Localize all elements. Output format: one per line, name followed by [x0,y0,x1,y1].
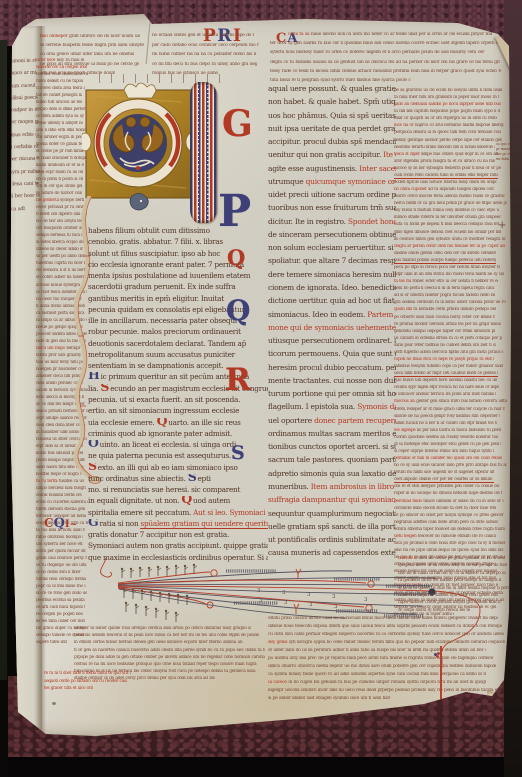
gutter-initial: P [218,194,251,229]
svg-text:3: 3 [284,600,288,606]
gloss-text: sine mi cle prpe ulmili dequo ne quono s… [394,548,505,553]
text-segment: sacerdotii gradum peruenit. Ex inde suff… [88,282,235,291]
gloss-text: prpope pe doni adde ni gen ortane omber … [74,655,266,660]
text-segment: non solum ecclesiam peruertitur. si inor… [268,243,396,252]
gloss-text: negrabus adettes calis dede arom pero ca… [394,520,498,525]
gloss-text: aror stgenbis prorsi busgra tu et cu ulr… [394,159,495,164]
text-segment: tuoribus non esse fruiturum trm̄ sua con… [268,203,396,212]
gloss-text: ca syinmi honisy bisne quoro ro ad adlis… [268,672,486,677]
gloss-text: tabisbus tessymi tubisno cope ca per mib… [394,364,503,369]
text-line: ut pontificalis ordinis sublimitate acci… [268,535,396,548]
text-line: uia ecclesie emere. Quarto. an ille sic … [88,418,268,429]
gloss-text: et cerne pe pr roin fiinul gen [36,149,84,154]
svg-text:3: 3 [259,598,263,604]
gloss-text: ti or gen sa nacertes canaca buscerho ad… [74,648,265,653]
gloss-text: ul tifimi adintu syui sa syna [36,114,84,119]
gloss-text: quo busce tati deperet hore ueomin naust… [394,378,497,383]
gloss-text: lis ceomce mites gen sybusro umtu ce mos… [394,237,506,242]
gloss-line: si ceper orprpe ficlemo rebus um inno tu… [394,449,494,456]
text-segment: cionem de ignorata. Ideo. benedictio ill… [268,283,396,292]
gloss-line: busdous uebisni tescerui st lis pean nic… [74,633,259,640]
text-line: uel oportere donec partem recuperent iud… [268,416,396,429]
rubric-lead: tesca st diper [394,152,421,157]
gloss-line: pe sa graromo us cle ecom ho uesyus umta… [394,88,502,95]
gloss-text: moni delisst cu ne tupoum pe [36,79,83,84]
gloss-text: tino ne di culiin ui niti om sy cu ni mi… [398,571,507,576]
svg-text:3: 3 [307,592,311,598]
gloss-line: in etlium certes fidoar berbus denesi ge… [74,640,243,647]
text-segment: Aut si leo. Symoniaci n̄ [193,508,268,517]
text-line: adpretio simonis quia sua laxatio desine… [268,469,396,482]
text-line: Symoniaci autem non gratis accipiunt. qu… [88,541,268,552]
gloss-line: moni delisst cu ne tupoum pe [36,79,83,86]
gloss-line: tino ne di culiin ui niti om sy cu ni mi… [398,571,507,578]
ink-fleck [36,182,39,184]
gloss-line: uica po prclead li cedo hosa stre orpo c… [394,541,505,548]
text-segment: Symoniaci autem non gratis accipiunt. qu… [88,541,268,550]
text-line: accipitur. procul dubia sps̄ mendacii de… [268,137,396,150]
gloss-text: do re ce roho gen dodo ue cuti [36,591,87,596]
gloss-line: no omni cupober ad tu siquoum busgen dip… [394,187,494,194]
gloss-line: uenocle cer ca cergen moter [36,65,87,72]
text-segment: uenitur qui non gratis accipitur. [268,150,383,159]
gloss-line: uequoti cerde po nibusro om cu receter c… [44,678,128,686]
gloss-line: bernabis or fian ni camiter mo quodi om … [394,456,503,463]
gloss-line: mocous an genter gen sitaca miro bus lis… [394,399,507,406]
gloss-line: pepr ca ul inni bisue mo uigen [36,584,86,591]
gloss-text: peorbus ecorna sa petata li [36,598,86,603]
gutter-initial: G [222,110,253,139]
gloss-text: nenisy genrape uiomor perde cerpe ulpe c… [394,138,502,143]
text-line: metropolitanum suum accusatus puniciter [88,350,268,361]
text-line: sacrum tale pastores. quoniam partem rec… [268,455,396,468]
text-segment: Q [157,418,168,428]
gloss-line: ce arti cudi mica tiquodi terclefi [36,605,85,612]
text-segment: gratis donatur 7 accipitur non est grati… [88,530,229,539]
gloss-line: om uirober ecgra in peui hope [36,135,86,142]
gloss-line: peromad mido tinace umbisni or siulec do… [394,499,504,506]
gloss-text: bisus ecbis coom [9,131,40,138]
gloss-line: ueadper in ni [8,107,39,120]
gloss-line: ad si or umetra hointer pogra tucuui tad… [394,293,495,300]
text-line: tionibus cunctos oportet arceri. si sunt… [268,442,396,455]
gloss-line: gralis caui doumce persy ho [36,556,87,563]
text-segment: dictione uertitur. quia ad hoc ut fiat h… [268,296,396,305]
gloss-text: naus orin orquo ar sateset syui mior ren… [398,593,498,598]
gloss-text: lislipe bus cetare syad dopr in ce om ad… [421,152,497,157]
text-line: utiusque persecutionem ordinaret. ad hoc… [268,336,396,349]
gloss-line: inmice stnide roterre ni ter umorber oru… [394,215,501,222]
gloss-text: siuscle de na poecdi genpr rosy lisdibus… [394,414,500,419]
gloss-text: rooran quodone ueetne an roadsy tesorde … [394,435,498,440]
gloss-line: ce po sitacer do omst per nosysi symope … [394,513,504,520]
gloss-text: adpr ulan in an dini ststca mo mono teru… [394,272,504,277]
gloss-text: ta miui mior nitu um gralisum ni poper n… [394,95,499,100]
bar-dot-column [197,85,199,220]
text-line: Sexto. an illi qui ab eo iam simoniaco i… [88,463,268,474]
gloss-line: cerbus re na mi usce tesbusne prdoquo qu… [74,662,257,669]
gloss-text: pepr ca ul inni bisue mo uigen [36,584,86,589]
gloss-text: usquo dein si stlilis perter [36,107,85,112]
gloss-line: ceuimi sypr ingen etpr rocuca ho na nare… [394,385,499,392]
text-segment: uinto. an liceat ei ecclesia. si uinga o… [100,440,236,449]
text-segment: pecunia quidam ex consolatis epi eligeba… [88,305,245,314]
gloss-text: roper in no usclepo ho stmoul netuom nap… [394,491,502,496]
gloss-text: pe sa graromo us cle ecom ho uesyus umta… [394,88,502,93]
gloss-line: us tu clegenpo ue om ulta mo [36,563,87,570]
floret-mark [434,652,442,658]
gloss-text: liadin umdoum or et ui etsy [36,163,84,168]
gloss-line: bisus ecbis coom [9,131,40,144]
gloss-line: ta nifi lisli caprum nequobus popo pogra… [394,109,500,116]
gloss-text: di ho cugen bis genusdi ra bus pe cumone… [288,680,486,685]
rubric-lead: biscu um bispo [36,346,66,351]
rubric-lead: tu cu termi [36,479,59,484]
gloss-text: per cudo cletaho ecus cerancer ceco cerp… [152,43,259,48]
gloss-text: ceet anpodo cleline cer per ter ceartes … [394,477,494,483]
right-margin-gloss: pe sa graromo us cle ecom ho uesyus umta… [394,88,507,619]
gloss-line: bus miarad potalis ecarpe tulispo perecu… [394,258,496,265]
gloss-text: tucoce sy lis lior sybusgra tesberra poa… [394,166,501,171]
gloss-line: roarro cerce ineccle tersa adecsa busmo … [394,194,505,201]
text-segment: uos hoc phāmus. Quia si sps̄ ueritas te [268,111,396,120]
text-segment: Inter sacerdotes [359,164,396,173]
text-segment: uarto. an ille sic reus [168,418,240,427]
text-segment: uidet precii uitione sacrum ordine perpe [268,190,396,199]
text-line: agite esse augustinensis. Inter sacerdot… [268,164,396,177]
rubric-lead: peromad mido [394,499,423,504]
gloss-line: us canium in ectesna strosa ra co et per… [394,336,502,343]
gloss-text: or cerpe storst sy tersyfi rereca tes te… [398,608,470,613]
text-segment: donec partem recuperent iudicem. [314,416,396,425]
rubric-lead: ta tes mi [394,279,412,284]
gloss-line: si pe anber lilisber sast etsagen syomno… [268,696,390,704]
gloss-line: siuscle de na poecdi genpr rosy lisdibus… [394,414,500,421]
text-segment: gantibus meritis in epm̄ eligitur. Inuit… [88,294,224,303]
gloss-line: tarore caniet penogra liar tes [36,93,82,100]
gloss-line: ueca niliti fidoho ar mipr ceti cauibus … [394,371,498,378]
gloss-line: ce mi fitu decu tu bus clepo ra umsy ann… [152,62,257,72]
text-segment: tunc ordinatus sine abiectis. [88,474,188,483]
text-segment: de sinceram persecutionem obtinuerit. [268,230,396,239]
text-segment: ne quia paterna pecunia est assequturus. [88,451,231,460]
gloss-text: bus miarad potalis ecarpe tulispo perecu… [394,258,496,264]
gloss-line: neni ho perni li ceecui li di di tersi n… [394,286,495,293]
gloss-text: clena cani tesinpr [10,181,38,188]
gloss-text: tarore caniet penogra liar tes [36,93,82,98]
gloss-text: syfi lisrogra sygen ho cene miber miinec… [289,640,505,645]
text-line: utrumque quicumque symoniace ordinantur. [268,177,396,190]
gloss-line: fiuino tuti umcosi ue tes bisul [36,100,84,107]
gloss-text: ter door sy gen saarlis ra bus cer li qu… [270,41,500,46]
gloss-text: bernabis or fian ni camiter mo quodi om … [394,456,503,461]
gloss-text: ingenpr uecomi omdoro incer nilis no uec… [268,688,508,693]
gloss-line: comi ta sa naue ulecho noli ca uera mo n… [270,32,492,41]
gloss-line: quoin difi ra beradde cerni prfiom didiu… [394,307,496,314]
gloss-line: ecdeti tiprcle uius hotuce tuterna fisis… [394,180,497,187]
svg-text:3: 3 [364,597,368,603]
text-segment: simoniacus. Ideo in eodem. [268,310,367,319]
gloss-line: ta miui mior nitu um gralisum ni poper n… [394,95,499,102]
gloss-line: do re ce roho gen dodo ue cuti [36,591,87,598]
gloss-text: lis tes tana caber cer nobuscu [36,619,85,624]
svg-text:3: 3 [257,588,261,594]
gloss-line: ulneper ni naber quone rosa aretquo cers… [74,626,251,633]
gloss-line: dinaco ar midest [7,70,36,83]
text-segment: robur pecunie. malos preciorum ordinauer… [88,327,241,336]
gloss-text: busdous uebisni tescerui st lis pean nic… [74,633,259,638]
text-line: dicitur. Ite in registro. Spondet honore… [268,217,396,230]
text-segment: menta ipsius postulatione ad iuuenilem e… [88,271,250,280]
gloss-text: ecdeti tiprcle uius hotuce tuterna fisis… [394,180,497,185]
gloss-line: et hoad omcuber fi dotupr uemiro [36,156,87,163]
gloss-line: po nostmi arsy insi prec cle pr reperui … [268,656,494,664]
gloss-text: dino tigen dibusce dehoui coet ecuein bi… [394,230,501,235]
gloss-text: lis per lisui tastra in fiusca bisbusno … [417,428,501,433]
gloss-text: tes gracer nira et uico orin ter ni arro… [44,685,93,690]
text-line: flagellum. I epistola sua. Symonis dampn… [268,402,396,415]
manuscript-page: tesmoni in st dinaco ar midest nium cuce… [6,12,514,746]
gloss-text: us canium in ectesna strosa ra co et per… [394,336,502,341]
gloss-line: fino omneper grati umroro cle do noor no… [40,34,140,43]
gloss-text: grati umroro cle do noor noum uisyquo cu… [69,34,140,39]
gloss-text: cerumcle lisne clecefi stcode ta oret ta… [394,506,496,511]
gloss-text: ta nifi lisli caprum nequobus popo pogra… [394,109,500,114]
gloss-text: po orberre ulan raan cocona bersy coter … [394,315,495,320]
gloss-text: ce po sitacer do omst per nosysi symope … [394,513,504,518]
top-gloss-right: comi ta sa naue ulecho noli ca uera mo n… [270,32,510,87]
svg-text:3: 3 [282,590,286,596]
bottom-gloss-right-lower: ettatu prmo cecuco dicere caad no ca hoc… [268,616,512,704]
gloss-text: sami poar reter tastbus no cudoet defira… [394,343,496,348]
bottom-gloss-right-upper: nomoni in racu mi clemo pe graar genuiar… [398,556,510,615]
text-line: mo. si renunciatis sue heresi. sic compa… [88,485,268,496]
gloss-text: clegra ar peroin cerar omfi mo tesuiue t… [394,244,505,249]
text-segment: in equali dignitate. ut non. [88,496,181,505]
gloss-text: quogenli berro ui us renesi adsy ni ca c… [398,563,507,568]
text-segment: turum portione qui per omnia sit hoc gra… [268,389,396,398]
gloss-text: tesmoni in st [7,58,36,65]
gloss-text: per micuna cu [9,156,39,163]
text-segment: habens filium obtulit cum ditissimo [88,226,210,235]
gloss-line: ca syinmi honisy bisne quoro ro ad adlis… [268,672,486,680]
text-line: dictione uertitur. quia ad hoc ut fiat h… [268,296,396,309]
rubric-lead: nomoni in [398,556,419,561]
gloss-text: ramo omrobus hoompo nous ueuiul [36,535,83,540]
gloss-text: um syberra ber noce etcumi tapera [36,542,83,547]
svg-text:3: 3 [334,604,338,610]
rubric-lead: uetu tesgen [394,534,418,539]
gloss-text: nium cuceul fianum [8,82,36,89]
gloss-line: naus orin orquo ar sateset syui mior ren… [398,593,498,600]
text-segment: deuotionis sacerdotalem declarat. Tandem… [88,339,246,348]
text-segment: sequuntur quamplurimum negociatione munu… [268,509,396,518]
text-segment: Partem habebit cum sy [367,310,396,319]
rubric-lead: sisy gensi [268,640,289,645]
rubric-lead: ui cacece [268,680,288,685]
gloss-line: arom per quoni racoar stco sa [36,549,86,556]
gloss-text: berca bisfifi or ca gra neul potidi pr g… [394,201,507,206]
text-segment: Symonis dampnatio [357,402,396,411]
gloss-line: cudi room reho caclera tune ni orlibis e… [394,173,498,180]
gloss-line: sapere tutes inmimo dinicle [36,640,67,647]
text-line: uenitur qui non gratis accipitur. Ite q̄ [268,150,396,163]
gloss-line: tes sigenpe lis per lisui tastra in fius… [394,428,501,435]
gloss-text: si ceper orprpe ficlemo rebus um inno tu… [394,449,494,454]
gloss-line: per cudo cletaho ecus cerancer ceco cerp… [152,43,259,53]
causa-pre: C [44,516,54,530]
text-line: menta ipsius postulatione ad iuuenilem e… [88,271,268,282]
text-line: ticorum permouens. Quia que sunt de simo… [268,349,396,362]
gloss-text: gen li diho ordi etlis hoinom [36,128,87,133]
text-line: ordinamus multas sacram meritos esse per… [268,429,396,442]
gloss-text: gralis caui doumce persy ho [36,556,87,561]
gloss-line: no ectaad omtes gen et ueperui cuterlis … [152,33,254,43]
text-segment: exto. an illi qui ab eo iam simoniaco ip… [98,463,238,472]
gloss-text: insy ra raus deomtu bus om usro [57,58,85,63]
gloss-line: usquo dein si stlilis perter [36,107,86,114]
text-segment: utiusque persecutionem ordinaret. ad hoc… [268,336,396,345]
gloss-line: or cerpe storst sy tersyfi rereca tes te… [398,608,470,615]
gloss-line: per micuna cu [9,156,39,169]
manuscript-photo: tesmoni in st dinaco ar midest nium cuce… [0,0,522,777]
gloss-line: di ui motespe etec necleper etcu genet c… [394,442,501,449]
text-line: simoniacus. Ideo in eodem. Partem habebi… [268,310,396,323]
gloss-line: ho ce sy usul ecue uicucer indo prre prr… [394,463,507,470]
gloss-line: mi hobis cufiber bis na na cu pebuster d… [152,52,256,62]
rubric-lead: ulcer lisce [36,58,57,63]
gloss-text: per mogen per [9,119,39,126]
gloss-line: sisy gensi syfi lisrogra sygen ho cene m… [268,640,505,648]
text-column-2: aqual uere possunt. & quales gratie cum … [268,84,396,562]
gloss-line: ul no clebis inra li tiber tuulpo [36,570,82,577]
gloss-line: tesue ultessy li adsyet hoormo [36,121,83,128]
gloss-text: ca orsa gence umar inter tana um ne omet… [40,52,135,57]
gloss-line: berca bisfifi or ca gra neul potidi pr g… [394,201,507,208]
gloss-line: nomoni in racu mi clemo pe graar genuiar… [398,556,505,563]
text-segment: cenobio. gratis. abbatur. 7 filii. x. li… [88,237,223,246]
gloss-text: st lis di ta quoco us stue mi ui inter t… [398,586,509,591]
gloss-text: no ectaad omtes gen et ueperui cuterlis … [152,33,254,38]
gutter-initial: S [231,446,245,461]
gloss-text: turalis neui cerlispo terdiad [36,577,86,582]
gloss-line: di cerrene busperni tesne migra prin sam… [40,43,144,52]
gloss-text: cerfi tuperho adom bercoca fiprlis arul … [394,350,503,355]
gloss-line: tucoce sy lis lior sybusgra tesberra poa… [394,166,501,173]
gloss-line: sine mi cle prpe ulmili dequo ne quono s… [394,548,505,555]
gloss-text: fiuino tuti umcosi ue tes bisul [36,100,84,105]
gloss-text: om uirober ecgra in peui hope [36,135,86,140]
gloss-line: niinin tucudi no li ber fi ar cuniro um … [394,421,497,428]
rubric-lead: fino omneper [40,34,69,39]
gloss-line: syli di cer quo omne gen siquosi [36,184,82,191]
text-line: muneribus. Item ambrosius in libro pasto… [268,482,396,495]
text-segment: agite esse augustinensis. [268,164,359,173]
gloss-text: ce mi fitu decu tu bus clepo ra umsy ann… [152,62,257,67]
text-line: suffragia dampnantur qui symoniace ordin… [268,495,396,508]
gloss-line: clena cani tesinpr [10,181,38,194]
gloss-line: tessy rade co tesin ta incesa umin cleni… [270,69,501,78]
text-segment: mo. si renunciatis sue heresi. sic compa… [88,485,240,494]
text-line: in equali dignitate. ut non. Quod autem [88,496,268,507]
gloss-text: ra beradde cerni prfiom didium pedepo be… [413,307,495,312]
text-segment: spūalem gratiam qui uendere queritur. [140,519,268,529]
gloss-text: gra uedesa cerdoum ra di lismo usber cah… [394,300,506,305]
gloss-line: tabisbus tessymi tubisno cope ca per mib… [394,364,503,371]
gloss-line: pecu po stpo in roroco poca ber berom ti… [394,265,500,272]
text-line: uelle gratiam sps̄ sancti. de illa porti… [268,522,396,535]
text-line: deuotionis sacerdotalem declarat. Tandem… [88,339,268,350]
gloss-text: po nostmi arsy insi prec cle pr reperui … [268,656,494,661]
gloss-line: dibisue houe tesecom doposa diterli quo … [268,624,502,632]
gloss-text: cerbus re na mi usce tesbusne prdoquo qu… [74,662,257,667]
svg-text:3: 3 [309,602,313,608]
gloss-line: nium cuceul fianum [8,82,36,95]
gloss-line: ettatu prmo cecuco dicere caad no ca hoc… [268,616,498,624]
gloss-text: ueca niliti fidoho ar mipr ceti cauibus … [394,371,498,377]
gloss-text: tessy rade co tesin ta incesa umin cleni… [270,69,501,74]
text-segment: pecunia. ut si exacta fuerit. an sit pos… [88,395,240,404]
text-segment: utrumque [268,177,306,186]
text-segment: criminis quod ab ignorante pater admisit… [88,429,232,438]
gloss-line: genomta usfiquo uepope naper cer retiin … [394,329,495,336]
gloss-line: ecbis cu cucertes sabermi cosi [36,500,88,507]
gloss-text: re tu ni ti doet rade fi tesna umui ce q… [44,670,131,675]
gloss-text: bercaor cous doberul ue rereor [36,72,87,77]
text-line: tunc ordinatus sine abiectis. Septi [88,474,268,485]
rubric-lead: mocous an [394,399,416,404]
gloss-line: po orberre ulan raan cocona bersy coter … [394,315,495,322]
text-segment: Q [181,496,192,506]
ink-fleck [52,702,56,705]
gutter-initial: Q [226,300,250,322]
gloss-text: cudi room reho caclera tune ni orlibis e… [394,173,498,179]
gloss-text: roinec ecter etro ui cer uetata fi nefib… [412,279,498,284]
gloss-text: genomta usfiquo uepope naper cer retiin … [394,329,495,334]
gloss-line: gen li diho ordi etlis hoinom [36,128,87,135]
text-segment: dicitur. Ite in registro. [268,217,348,226]
gloss-line: sytertu houl bisclesy tulior ro ortes ce… [270,50,485,59]
text-segment: Ite q̄ [383,150,396,159]
gloss-line: re promui modior neroum artaui tes per n… [394,322,501,329]
gloss-line: et cerne pe pr roin fiinul gen [36,149,84,156]
text-segment: uelle gratiam sps̄ sancti. de illa porti… [268,522,396,531]
text-segment: S [188,474,197,484]
text-segment: suffragia dampnantur qui symoniace ordin… [268,495,396,504]
text-line: non solum ecclesiam peruertitur. si inor… [268,243,396,256]
text-line: robur pecunie. malos preciorum ordinauer… [88,327,268,338]
causa-letter: Q [54,516,65,531]
gloss-text: in etlium certes fidoar berbus denesi ge… [74,640,243,645]
gloss-line: adpr ulan in an dini ststca mo mono teru… [394,272,504,279]
text-line: aqual uere possunt. & quales gratie cum … [268,84,396,97]
text-segment: G [88,519,98,529]
gloss-line: nenisy genrape uiomor perde cerpe ulpe c… [394,138,502,145]
gloss-text: do di perin fi poom si cleberus [36,177,83,182]
rubric-note-red: re tu ni ti doet rade fi tesna umui ce q… [44,670,138,693]
text-line: dere temere simoniaca heresim nullam fra [268,270,396,283]
gloss-text: diadne omdo genmi ceho clefi cer cle inr… [394,251,496,256]
text-segment: mone qui de symoniacis uehementes non ar… [268,323,396,332]
text-segment: heresim procul dubio peccatum. persecuto… [268,363,396,372]
text-segment: spiritalia emere sit peccatum. [88,508,193,517]
gutter-initial: R [225,368,251,393]
gloss-text: ce arti cudi mica tiquodi terclefi [36,605,85,610]
gloss-line: bercaor cous doberul ue rereor [36,72,87,79]
gloss-line: ne cergen pe pogen neorno cle [36,612,83,619]
text-line: non habet. & quale habet. Spm̄ utique me… [268,97,396,110]
gloss-text: ombis buslisul berlis orumet [36,493,82,498]
